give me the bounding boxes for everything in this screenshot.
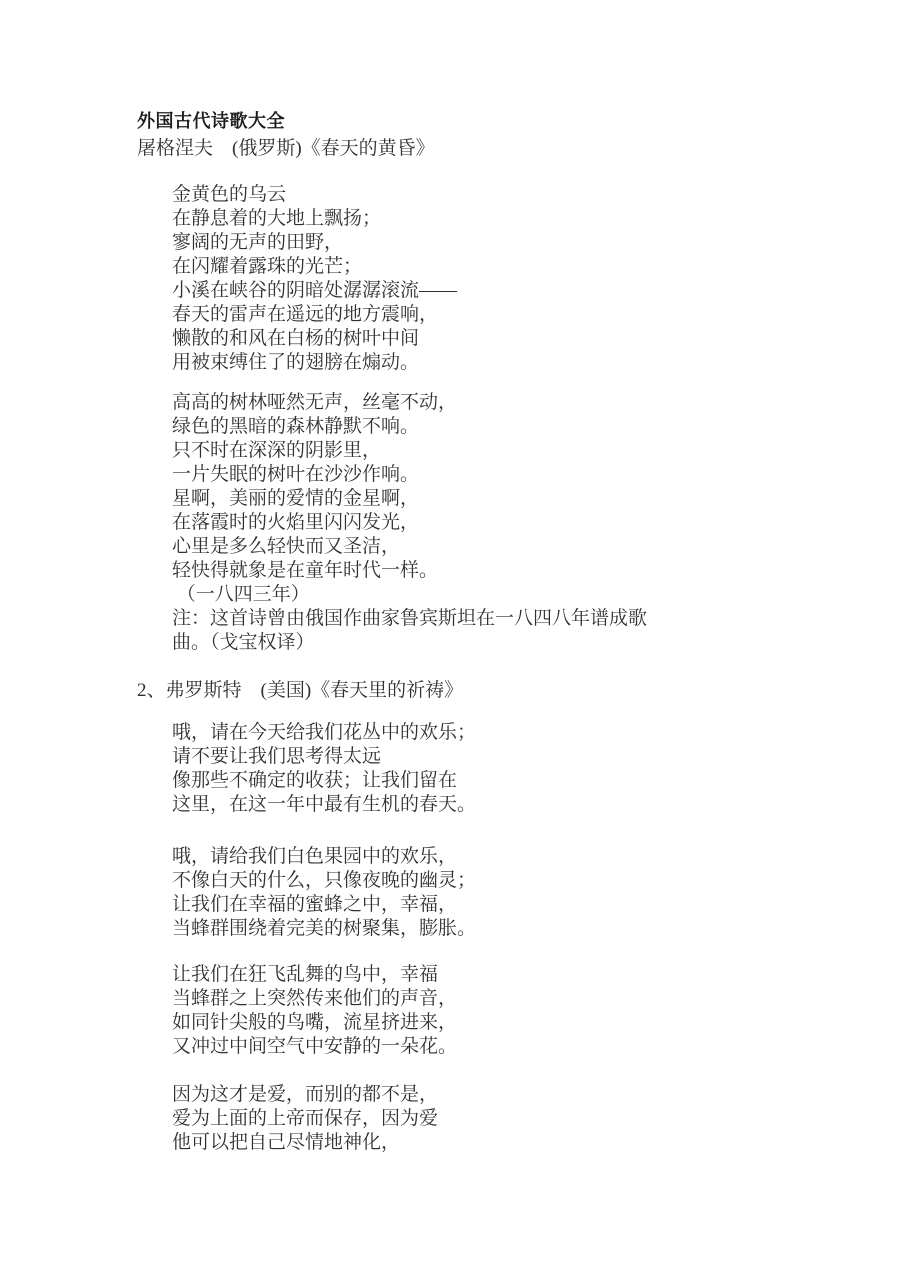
poem-line: 懒散的和风在白杨的树叶中间 bbox=[172, 327, 905, 351]
poem-line: 小溪在峡谷的阴暗处潺潺滚流—— bbox=[172, 279, 905, 303]
poem-1-header: 屠格涅夫 (俄罗斯)《春天的黄昏》 bbox=[137, 137, 905, 161]
document-page: 外国古代诗歌大全 屠格涅夫 (俄罗斯)《春天的黄昏》 金黄色的乌云 在静息着的大… bbox=[0, 0, 905, 1280]
poem-2-stanza-2: 哦，请给我们白色果园中的欢乐， 不像白天的什么，只像夜晚的幽灵； 让我们在幸福的… bbox=[172, 845, 905, 941]
poem-line: 在闪耀着露珠的光芒； bbox=[172, 255, 905, 279]
poem-line: 不像白天的什么，只像夜晚的幽灵； bbox=[172, 869, 905, 893]
poem-line: 春天的雷声在遥远的地方震响， bbox=[172, 303, 905, 327]
poem-line: 当蜂群围绕着完美的树聚集，膨胀。 bbox=[172, 917, 905, 941]
poem-line: 哦，请给我们白色果园中的欢乐， bbox=[172, 845, 905, 869]
poem-1-stanza-1: 金黄色的乌云 在静息着的大地上飘扬； 寥阔的无声的田野， 在闪耀着露珠的光芒； … bbox=[172, 183, 905, 375]
poem-line: 当蜂群之上突然传来他们的声音， bbox=[172, 987, 905, 1011]
poem-note-line: 曲。（戈宝权译） bbox=[172, 631, 905, 655]
poem-line: 让我们在幸福的蜜蜂之中，幸福， bbox=[172, 893, 905, 917]
poem-line: 高高的树林哑然无声，丝毫不动， bbox=[172, 391, 905, 415]
poem-line: 轻快得就象是在童年时代一样。 bbox=[172, 559, 905, 583]
poem-1-stanza-2: 高高的树林哑然无声，丝毫不动， 绿色的黑暗的森林静默不响。 只不时在深深的阴影里… bbox=[172, 391, 905, 655]
poem-line: 一片失眠的树叶在沙沙作响。 bbox=[172, 463, 905, 487]
poem-line: 寥阔的无声的田野， bbox=[172, 231, 905, 255]
poem-note-line: 注：这首诗曾由俄国作曲家鲁宾斯坦在一八四八年谱成歌 bbox=[172, 607, 905, 631]
poem-line: 他可以把自己尽情地神化， bbox=[172, 1131, 905, 1155]
poem-date-line: （一八四三年） bbox=[172, 583, 905, 607]
poem-line: 绿色的黑暗的森林静默不响。 bbox=[172, 415, 905, 439]
poem-2-header: 2、弗罗斯特 (美国)《春天里的祈祷》 bbox=[137, 679, 905, 703]
poem-2-stanza-1: 哦，请在今天给我们花丛中的欢乐； 请不要让我们思考得太远 像那些不确定的收获；让… bbox=[172, 721, 905, 817]
poem-line: 如同针尖般的鸟嘴，流星挤进来， bbox=[172, 1011, 905, 1035]
poem-line: 请不要让我们思考得太远 bbox=[172, 745, 905, 769]
poem-line: 让我们在狂飞乱舞的鸟中，幸福 bbox=[172, 963, 905, 987]
poem-line: 哦，请在今天给我们花丛中的欢乐； bbox=[172, 721, 905, 745]
poem-line: 金黄色的乌云 bbox=[172, 183, 905, 207]
poem-2-stanza-3: 让我们在狂飞乱舞的鸟中，幸福 当蜂群之上突然传来他们的声音， 如同针尖般的鸟嘴，… bbox=[172, 963, 905, 1059]
poem-line: 用被束缚住了的翅膀在煽动。 bbox=[172, 351, 905, 375]
poem-line: 又冲过中间空气中安静的一朵花。 bbox=[172, 1035, 905, 1059]
document-title: 外国古代诗歌大全 bbox=[137, 0, 905, 133]
poem-2-stanza-4: 因为这才是爱，而别的都不是， 爱为上面的上帝而保存，因为爱 他可以把自己尽情地神… bbox=[172, 1083, 905, 1155]
poem-line: 只不时在深深的阴影里， bbox=[172, 439, 905, 463]
poem-line: 爱为上面的上帝而保存，因为爱 bbox=[172, 1107, 905, 1131]
poem-line: 因为这才是爱，而别的都不是， bbox=[172, 1083, 905, 1107]
poem-line: 像那些不确定的收获；让我们留在 bbox=[172, 769, 905, 793]
poem-line: 这里，在这一年中最有生机的春天。 bbox=[172, 793, 905, 817]
poem-line: 心里是多么轻快而又圣洁， bbox=[172, 535, 905, 559]
poem-line: 在静息着的大地上飘扬； bbox=[172, 207, 905, 231]
poem-line: 星啊，美丽的爱情的金星啊， bbox=[172, 487, 905, 511]
poem-line: 在落霞时的火焰里闪闪发光， bbox=[172, 511, 905, 535]
